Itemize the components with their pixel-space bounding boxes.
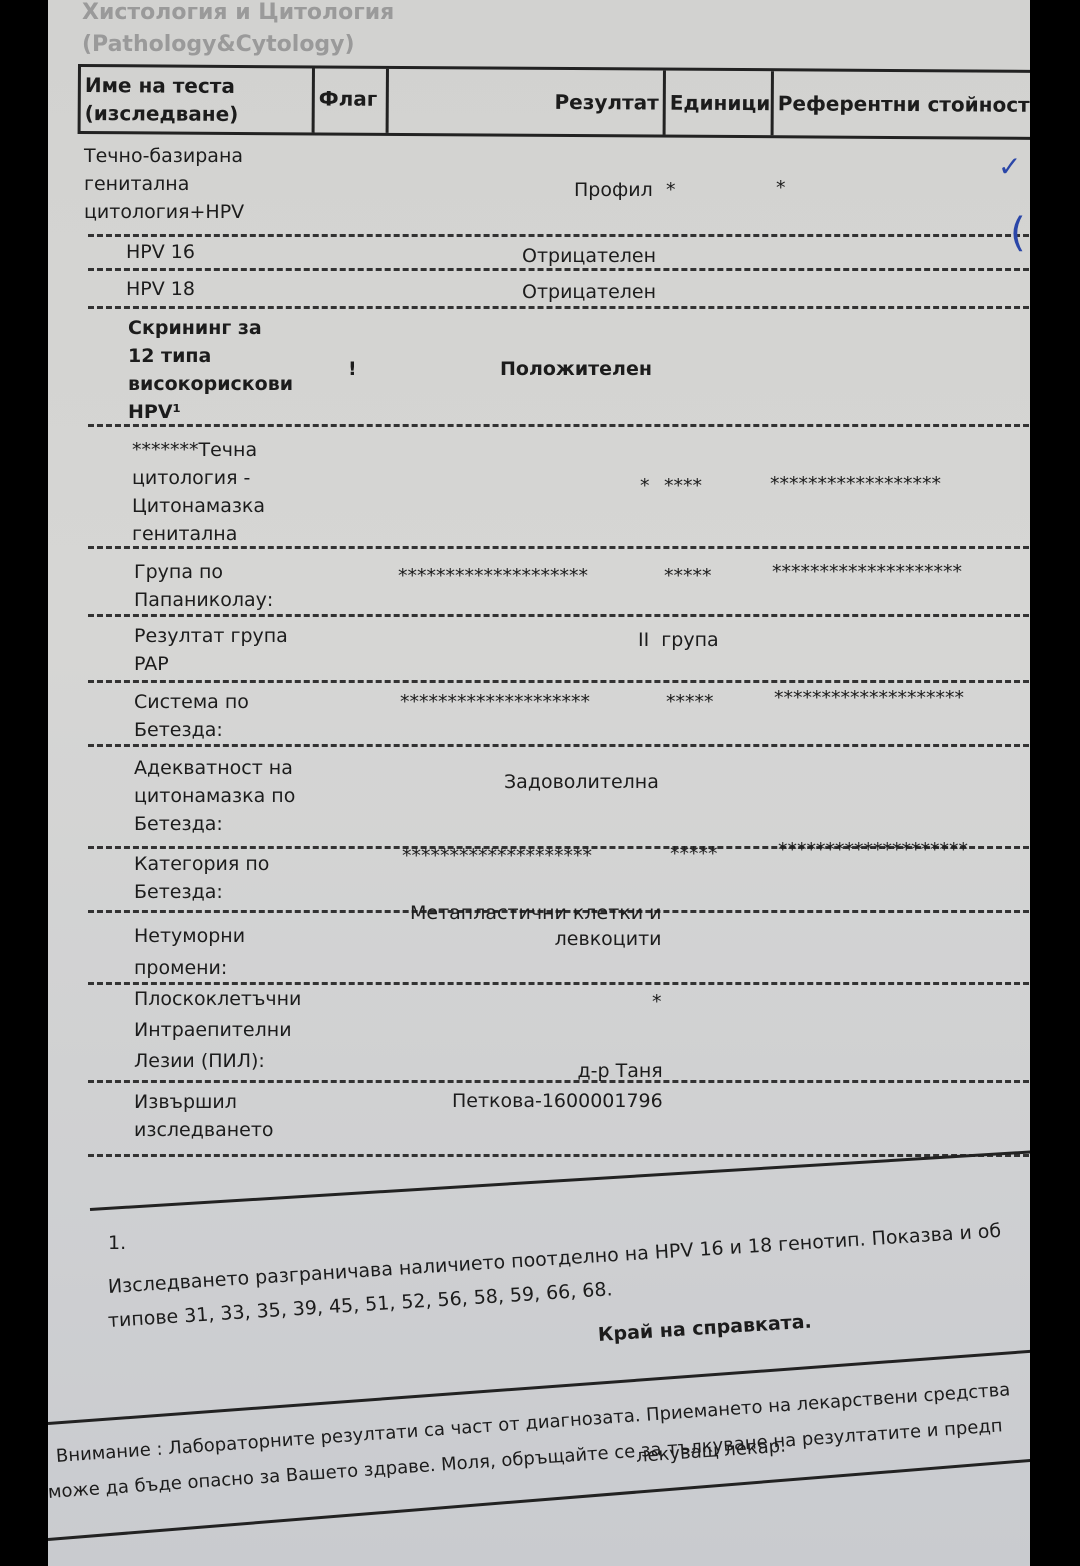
row-divider: [88, 680, 1030, 683]
row-result: Положителен: [500, 355, 652, 383]
row-reference: *: [776, 174, 786, 202]
row-units: *****: [664, 562, 712, 590]
row-result: Профил: [574, 176, 653, 204]
row-name: Течно-базирана генитална цитология+HPV: [84, 142, 244, 226]
pen-checkmark-icon: ✓: [998, 150, 1021, 183]
row-divider: [88, 614, 1030, 617]
row-name: Група по Папаниколау:: [134, 558, 273, 614]
row-reference: ********************: [772, 558, 962, 586]
row-name: HPV 18: [126, 275, 195, 303]
row-name: Скрининг за 12 типа високорискови HPV¹: [128, 314, 293, 426]
lab-report-page: Хистология и Цитология (Pathology&Cytolo…: [48, 0, 1030, 1566]
end-of-report: Край на справката.: [597, 1311, 812, 1346]
row-divider: [88, 744, 1030, 747]
department-title-en: (Pathology&Cytology): [82, 32, 355, 57]
row-units: *****: [666, 688, 714, 716]
row-divider: [88, 234, 1030, 237]
row-result: д-р Таня Петкова-1600001796: [452, 1056, 663, 1116]
row-units: ****: [664, 472, 702, 500]
row-name: Адекватност на цитонамазка по Бетезда:: [134, 754, 295, 838]
row-result: ********************: [400, 688, 590, 716]
row-name: Резултат група PAP: [134, 622, 288, 678]
header-units: Единици: [666, 71, 774, 136]
row-name: Извършил изследването: [134, 1088, 274, 1144]
row-result: Отрицателен: [522, 278, 656, 306]
row-name: Категория по Бетезда:: [134, 850, 269, 906]
row-reference: ********************: [774, 684, 964, 712]
header-test-name: Име на теста (изследване): [81, 67, 315, 132]
row-divider: [88, 424, 1030, 427]
row-result: *: [652, 988, 662, 1016]
row-result: ********************: [402, 842, 592, 870]
row-units: *: [666, 176, 676, 204]
row-divider: [88, 268, 1030, 271]
pen-mark-icon: (: [1010, 210, 1026, 256]
row-result: Отрицателен: [522, 242, 656, 270]
row-result: Задоволителна: [504, 768, 659, 796]
row-flag: !: [348, 355, 357, 383]
row-result: II група: [638, 626, 719, 654]
row-divider: [88, 306, 1030, 309]
row-divider: [88, 1154, 1030, 1157]
row-name: Плоскоклетъчни Интраепителни Лезии (ПИЛ)…: [134, 984, 301, 1077]
row-result: *: [640, 472, 650, 500]
row-reference: ********************: [778, 836, 968, 864]
row-name: HPV 16: [126, 238, 195, 266]
row-result: ********************: [398, 562, 588, 590]
row-name: *******Течна цитология - Цитонамазка ген…: [132, 436, 265, 548]
header-reference: Референтни стойности: [774, 71, 1030, 137]
row-name: Система по Бетезда:: [134, 688, 249, 744]
row-reference: ******************: [770, 470, 941, 498]
row-units: *****: [670, 840, 718, 868]
footnote-number: 1.: [108, 1232, 126, 1254]
row-name: Нетуморни промени:: [134, 920, 245, 984]
header-result: Резултат: [389, 69, 666, 135]
row-divider: [88, 546, 1030, 549]
section-divider: [90, 1149, 1030, 1211]
department-title: Хистология и Цитология: [82, 0, 394, 25]
row-result: Метапластични клетки и левкоцити: [410, 900, 662, 952]
table-header: Име на теста (изследване) Флаг Резултат …: [78, 64, 1030, 140]
header-flag: Флаг: [315, 68, 389, 132]
